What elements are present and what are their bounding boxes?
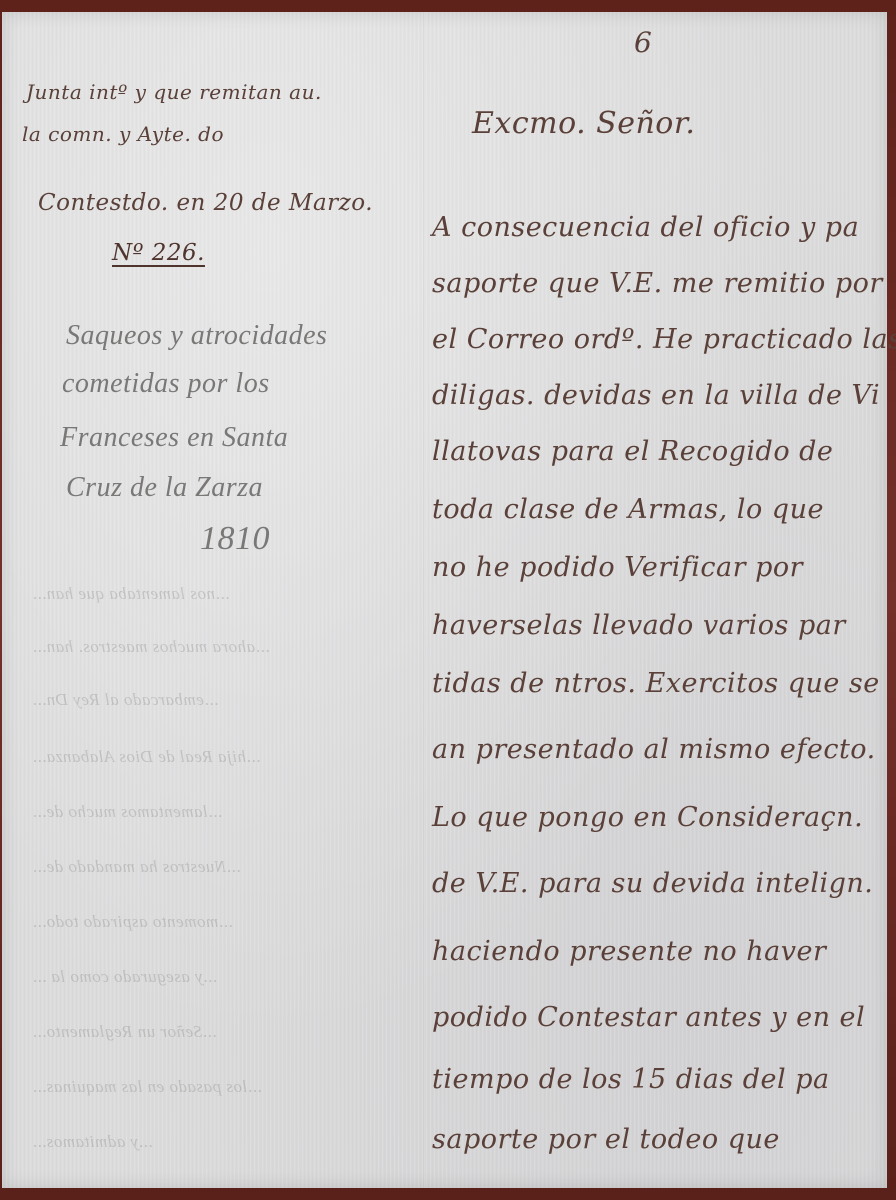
page-number: 6 xyxy=(634,26,652,59)
pencil-note-line: cometidas por los xyxy=(62,368,270,400)
bleed-through-line: ...ahora muchos maestros. han... xyxy=(32,637,269,657)
margin-note-line: la comn. y Ayte. do xyxy=(22,122,224,146)
contestado-note: Contestdo. en 20 de Marzo. xyxy=(38,190,373,216)
letter-line: no he podido Verificar por xyxy=(432,552,803,583)
margin-note-line: Junta intº y que remitan au. xyxy=(26,80,322,104)
bleed-through-line: ...lamentamos mucho de... xyxy=(32,802,222,822)
letter-line: saporte por el todeo que xyxy=(432,1124,780,1155)
letter-line: A consecuencia del oficio y pa xyxy=(432,212,859,243)
pencil-note-line: Franceses en Santa xyxy=(60,422,288,454)
bleed-through-line: ...hija Real de Dios Alabanza... xyxy=(32,747,260,767)
bleed-through-line: ...y asegurado como la ... xyxy=(32,967,217,987)
letter-line: podido Contestar antes y en el xyxy=(432,1002,865,1033)
paper-fold xyxy=(423,12,425,1188)
bleed-through-line: ...momento aspirado todo... xyxy=(32,912,233,932)
bleed-through-line: ...Nuestros ha mandado de... xyxy=(32,857,240,877)
pencil-note-line: Cruz de la Zarza xyxy=(66,472,263,504)
letter-line: tiempo de los 15 dias del pa xyxy=(432,1064,830,1095)
letter-line: toda clase de Armas, lo que xyxy=(432,494,824,525)
letter-line: Lo que pongo en Consideraçn. xyxy=(432,802,863,833)
bleed-through-line: ...nos lamentaba que han... xyxy=(32,584,229,604)
bleed-through-line: ...embarcado al Rey Dn... xyxy=(32,690,218,710)
letter-line: llatovas para el Recogido de xyxy=(432,436,833,467)
document-page: ...nos lamentaba que han... ...ahora muc… xyxy=(2,12,887,1188)
bleed-through-line: ...los pasado en las maquinas... xyxy=(32,1077,261,1097)
bleed-through-line: ...Señor un Reglamento... xyxy=(32,1022,216,1042)
letter-line: an presentado al mismo efecto. xyxy=(432,734,876,765)
letter-line: saporte que V.E. me remitio por xyxy=(432,268,883,299)
pencil-note-line: Saqueos y atrocidades xyxy=(66,320,327,352)
letter-line: de V.E. para su devida intelign. xyxy=(432,868,873,899)
letter-line: tidas de ntros. Exercitos que se xyxy=(432,668,880,699)
letter-line: el Correo ordº. He practicado las xyxy=(432,324,896,355)
letter-line: diligas. devidas en la villa de Vi xyxy=(432,380,880,411)
bleed-through-line: ...y admitamos... xyxy=(32,1132,152,1152)
letter-salutation: Excmo. Señor. xyxy=(472,106,695,141)
pencil-note-year: 1810 xyxy=(200,520,270,558)
letter-line: haverselas llevado varios par xyxy=(432,610,846,641)
document-number: Nº 226. xyxy=(112,240,205,266)
letter-line: haciendo presente no haver xyxy=(432,936,826,967)
